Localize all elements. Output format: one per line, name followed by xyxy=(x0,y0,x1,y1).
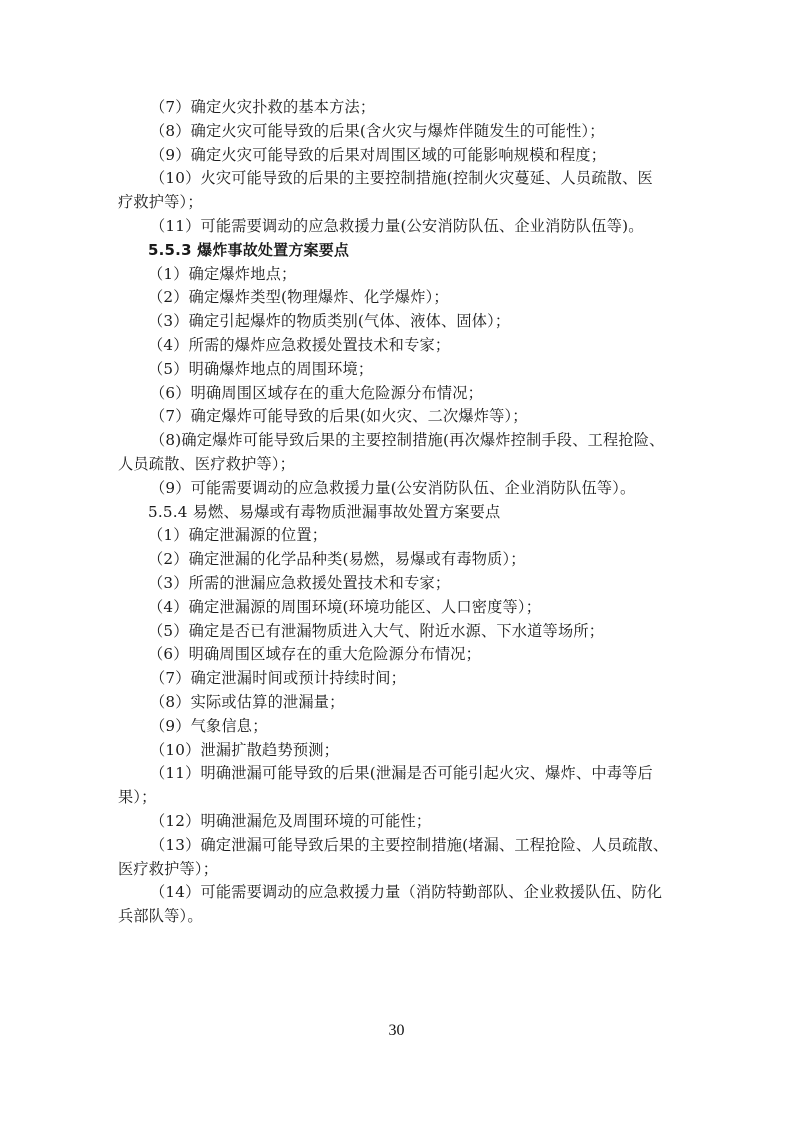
list-item: （11）明确泄漏可能导致的后果(泄漏是否可能引起火灾、爆炸、中毒等后 xyxy=(118,762,658,786)
list-item: （9）可能需要调动的应急救援力量(公安消防队伍、企业消防队伍等）。 xyxy=(118,477,658,501)
list-item: （6）明确周围区域存在的重大危险源分布情况； xyxy=(118,382,658,406)
list-item: （3）所需的泄漏应急救援处置技术和专家； xyxy=(118,572,658,596)
list-item-continuation: 人员疏散、医疗救护等）； xyxy=(118,453,658,477)
list-item: （4）确定泄漏源的周围环境(环境功能区、人口密度等）； xyxy=(118,596,658,620)
list-item: （14）可能需要调动的应急救援力量（消防特勤部队、企业救援队伍、防化 xyxy=(118,881,658,905)
list-item: （6）明确周围区域存在的重大危险源分布情况； xyxy=(118,643,658,667)
list-item: （8)确定爆炸可能导致后果的主要控制措施(再次爆炸控制手段、工程抢险、 xyxy=(118,429,658,453)
list-item: （10）泄漏扩散趋势预测； xyxy=(118,739,658,763)
list-item: （1）确定爆炸地点； xyxy=(118,263,658,287)
list-item-continuation: 医疗救护等）； xyxy=(118,858,658,882)
list-item: （7）确定火灾扑救的基本方法； xyxy=(118,96,658,120)
list-item: （5）明确爆炸地点的周围环境； xyxy=(118,358,658,382)
list-item: （8）实际或估算的泄漏量； xyxy=(118,691,658,715)
list-item: （10）火灾可能导致的后果的主要控制措施(控制火灾蔓延、人员疏散、医 xyxy=(118,167,658,191)
section-5-5-3: 5.5.3 爆炸事故处置方案要点 （1）确定爆炸地点； （2）确定爆炸类型(物理… xyxy=(118,239,658,501)
section-heading: 5.5.4 易燃、易爆或有毒物质泄漏事故处置方案要点 xyxy=(118,501,658,525)
list-item: （2）确定泄漏的化学品种类(易燃，易爆或有毒物质）； xyxy=(118,548,658,572)
page-number: 30 xyxy=(0,1022,793,1040)
list-item: （3）确定引起爆炸的物质类别(气体、液体、固体）； xyxy=(118,310,658,334)
list-item-continuation: 兵部队等）。 xyxy=(118,905,658,929)
section-heading: 5.5.3 爆炸事故处置方案要点 xyxy=(118,239,658,263)
list-item: （9）气象信息； xyxy=(118,715,658,739)
list-item-continuation: 疗救护等）； xyxy=(118,191,658,215)
list-item: （4）所需的爆炸应急救援处置技术和专家； xyxy=(118,334,658,358)
list-item: （2）确定爆炸类型(物理爆炸、化学爆炸）； xyxy=(118,286,658,310)
list-item: （13）确定泄漏可能导致后果的主要控制措施(堵漏、工程抢险、人员疏散、 xyxy=(118,834,658,858)
document-page: （7）确定火灾扑救的基本方法； （8）确定火灾可能导致的后果(含火灾与爆炸伴随发… xyxy=(118,96,658,929)
section-5-5-4: 5.5.4 易燃、易爆或有毒物质泄漏事故处置方案要点 （1）确定泄漏源的位置； … xyxy=(118,501,658,929)
list-item: （7）确定爆炸可能导致的后果(如火灾、二次爆炸等）； xyxy=(118,405,658,429)
list-item: （8）确定火灾可能导致的后果(含火灾与爆炸伴随发生的可能性）； xyxy=(118,120,658,144)
list-item-continuation: 果）； xyxy=(118,786,658,810)
fire-section-tail: （7）确定火灾扑救的基本方法； （8）确定火灾可能导致的后果(含火灾与爆炸伴随发… xyxy=(118,96,658,239)
list-item: （1）确定泄漏源的位置； xyxy=(118,524,658,548)
list-item: （7）确定泄漏时间或预计持续时间； xyxy=(118,667,658,691)
list-item: （11）可能需要调动的应急救援力量(公安消防队伍、企业消防队伍等)。 xyxy=(118,215,658,239)
list-item: （5）确定是否已有泄漏物质进入大气、附近水源、下水道等场所； xyxy=(118,620,658,644)
list-item: （12）明确泄漏危及周围环境的可能性； xyxy=(118,810,658,834)
list-item: （9）确定火灾可能导致的后果对周围区域的可能影响规模和程度； xyxy=(118,144,658,168)
